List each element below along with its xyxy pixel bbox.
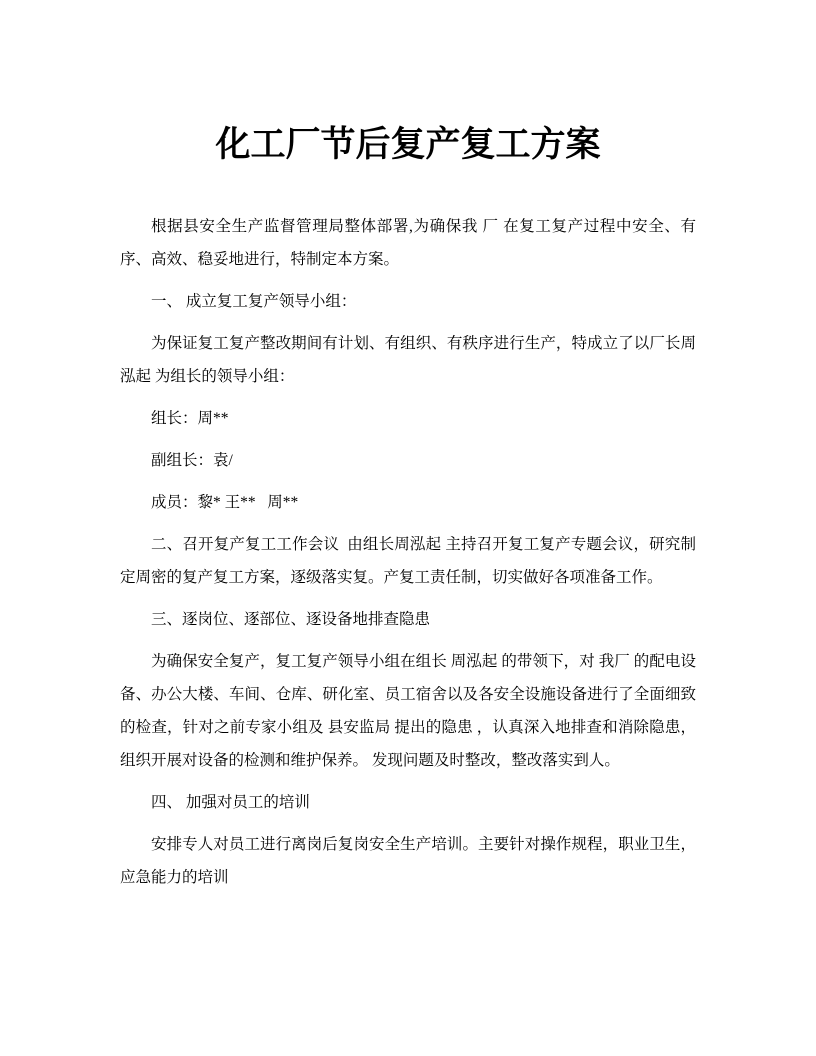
group-leader-line: 组长：周** — [120, 402, 696, 435]
section-1-paragraph: 为保证复工复产整改期间有计划、有组织、有秩序进行生产，特成立了以厂长周泓起 为组… — [120, 327, 696, 393]
members-line: 成员：黎* 王** 周** — [120, 486, 696, 519]
section-1-heading: 一、 成立复工复产领导小组： — [120, 285, 696, 318]
section-4-paragraph: 安排专人对员工进行离岗后复岗安全生产培训。主要针对操作规程，职业卫生，应急能力的… — [120, 828, 696, 894]
document-page: 化工厂节后复产复工方案 根据县安全生产监督管理局整体部署,为确保我 厂 在复工复… — [0, 0, 816, 1056]
section-3-heading: 三、逐岗位、逐部位、逐设备地排查隐患 — [120, 603, 696, 636]
section-3-paragraph: 为确保安全复产，复工复产领导小组在组长 周泓起 的带领下，对 我厂 的配电设备、… — [120, 645, 696, 777]
intro-paragraph: 根据县安全生产监督管理局整体部署,为确保我 厂 在复工复产过程中安全、有序、高效… — [120, 210, 696, 276]
section-4-heading: 四、 加强对员工的培训 — [120, 786, 696, 819]
document-title: 化工厂节后复产复工方案 — [120, 122, 696, 168]
section-2-paragraph: 二、召开复产复工工作会议 由组长周泓起 主持召开复工复产专题会议，研究制定周密的… — [120, 528, 696, 594]
deputy-leader-line: 副组长：袁/ — [120, 444, 696, 477]
